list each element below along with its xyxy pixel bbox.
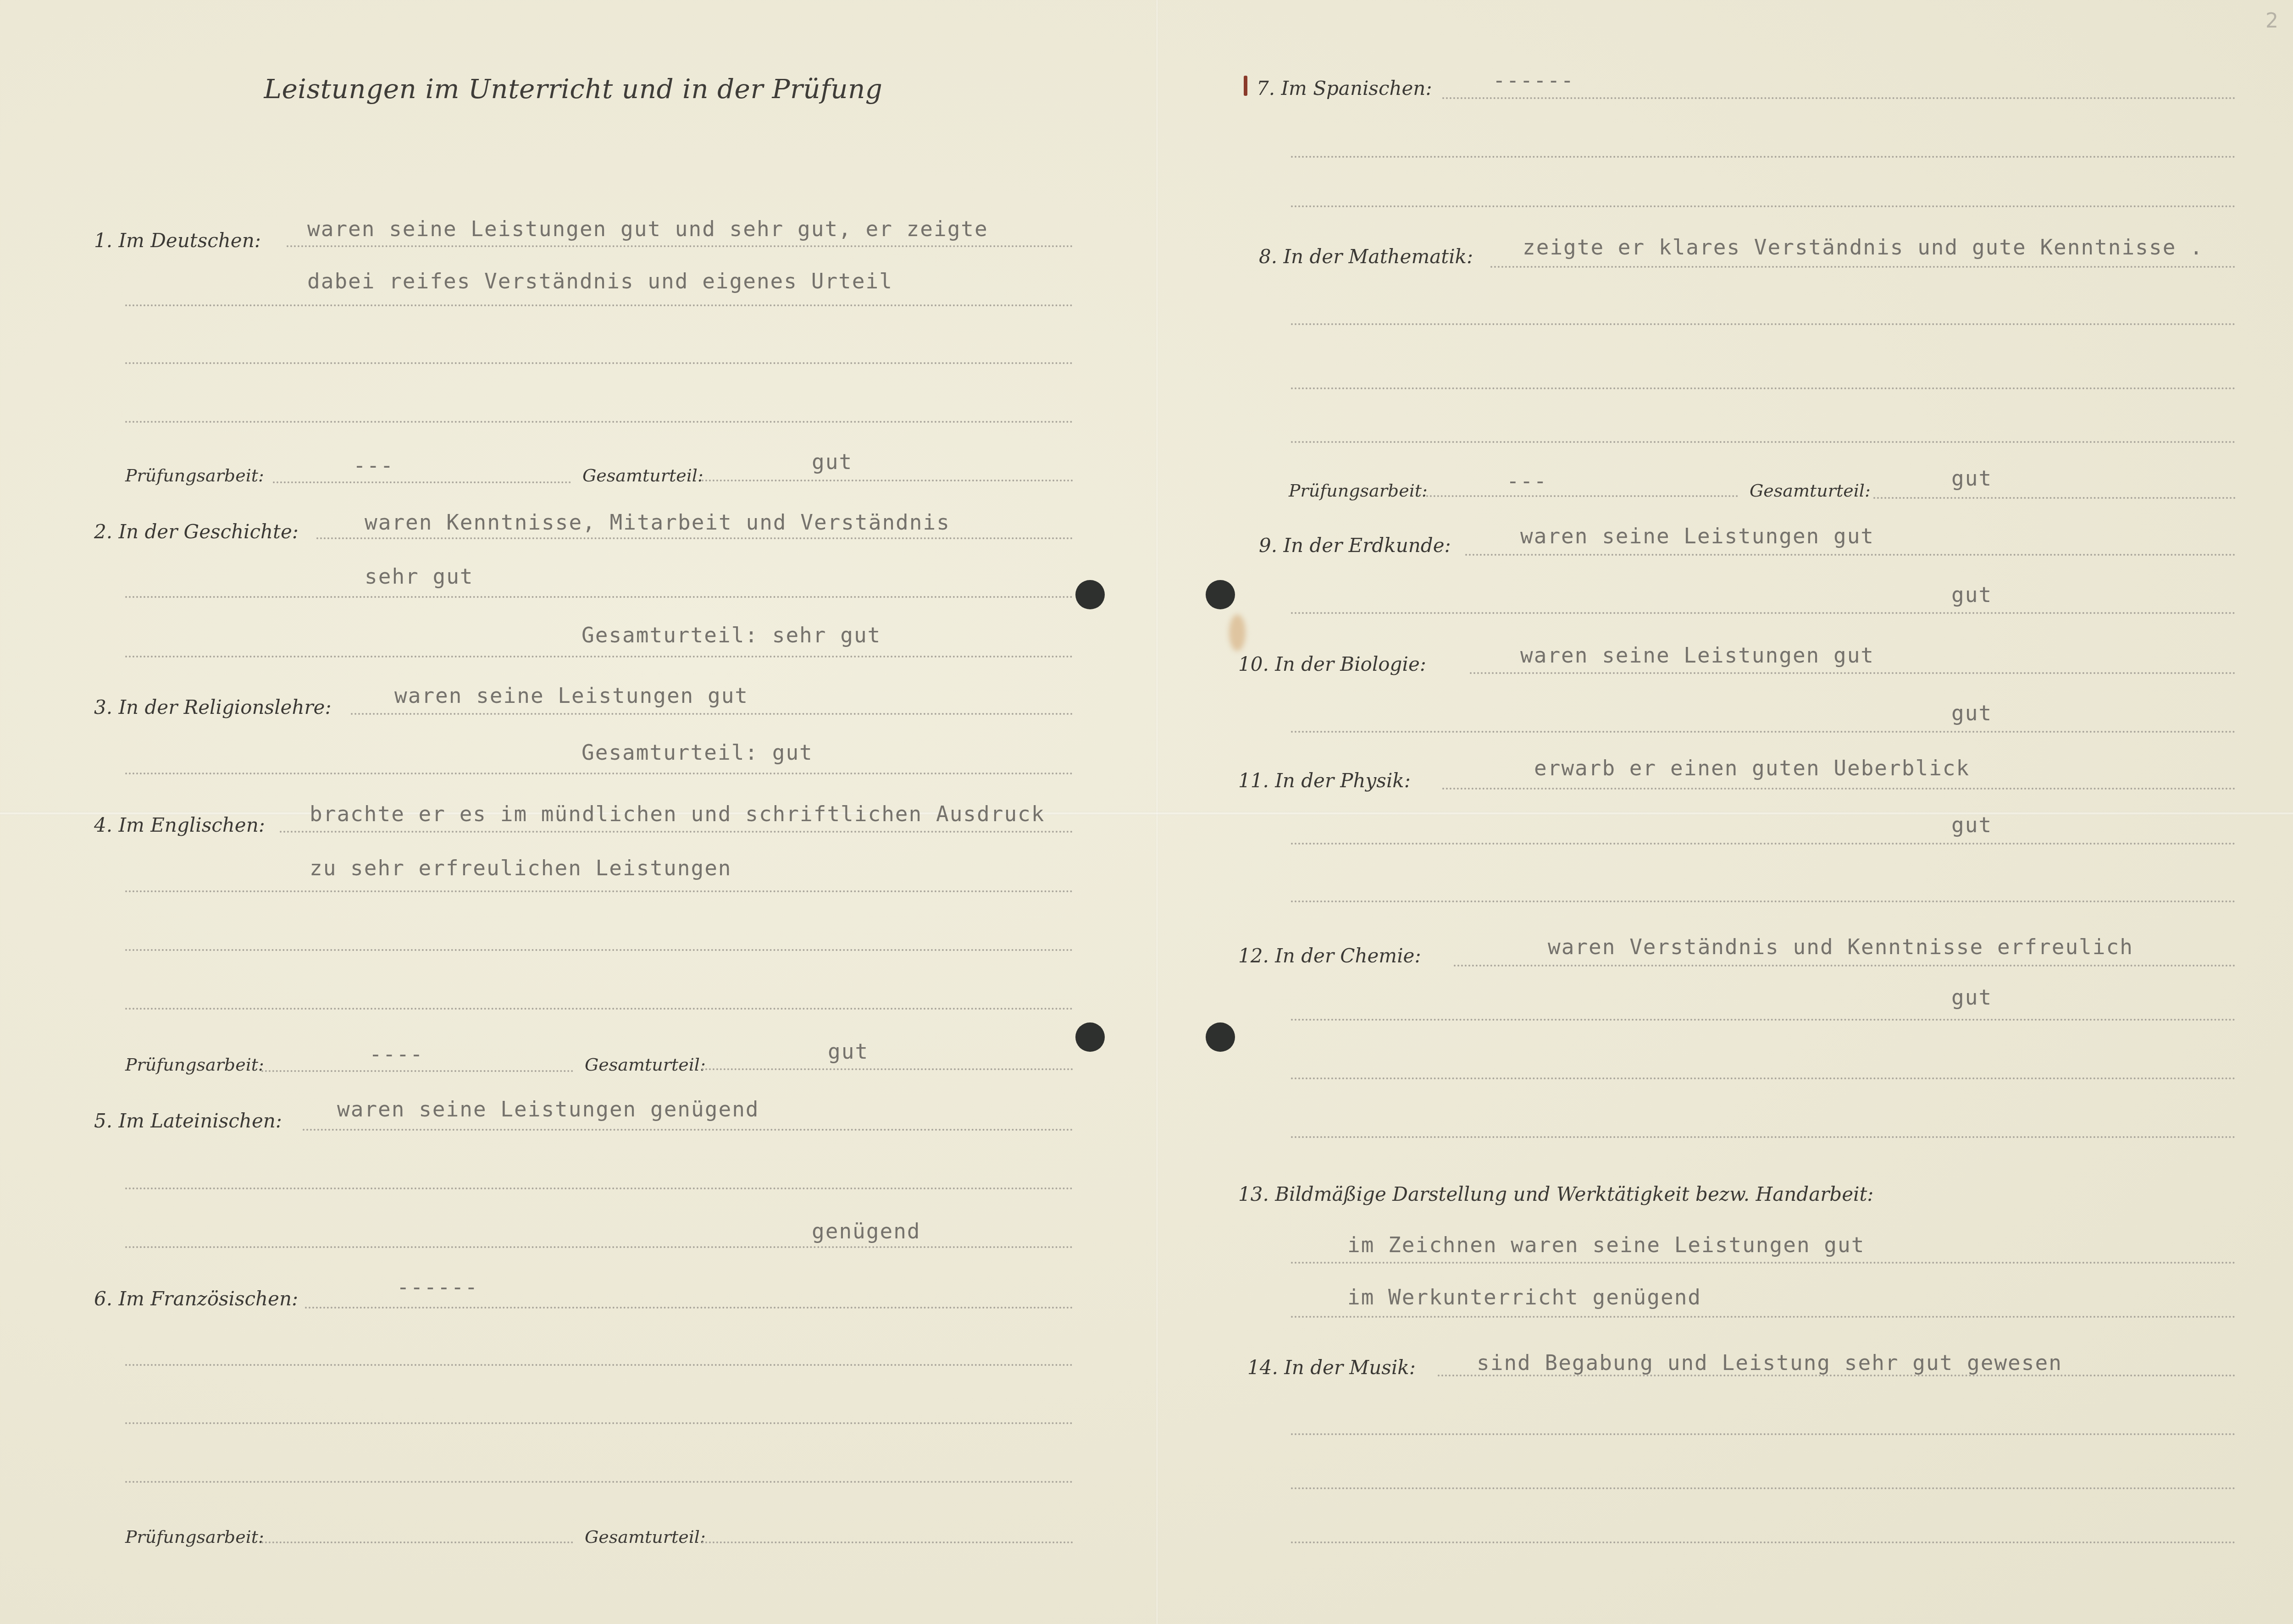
assessment-text: waren seine Leistungen gut [1520,524,1874,548]
pruefungsarbeit-value: --- [1507,469,1547,493]
pruefungsarbeit-value: ---- [369,1042,424,1066]
margin-mark [1244,76,1247,96]
entry-line [1442,97,2236,99]
subject-label: 6. Im Französischen: [94,1287,298,1310]
entry-line [125,656,1073,657]
subject-label: 5. Im Lateinischen: [94,1110,282,1132]
assessment-text: waren seine Leistungen gut [394,683,748,708]
gesamturteil-value: gut [828,1039,869,1064]
entry-line [1465,554,2236,556]
assessment-text: waren seine Leistungen genügend [337,1097,759,1121]
entry-line [1490,266,2236,268]
assessment-text: zeigte er klares Verständnis und gute Ke… [1523,235,2204,260]
entry-line [280,831,1073,833]
entry-line [125,1008,1073,1010]
gesamturteil-label: Gesamturteil: [585,1055,706,1075]
punch-hole-icon [1075,1022,1105,1052]
entry-line [702,1068,1073,1070]
entry-line [1454,965,2236,967]
entry-line [1291,156,2236,158]
subject-label: 9. In der Erdkunde: [1259,534,1451,557]
subject-label: 3. In der Religionslehre: [94,696,332,718]
entry-line [1291,1136,2236,1138]
subject-label: 14. In der Musik: [1247,1356,1416,1379]
assessment-text: Gesamturteil: gut [582,740,813,765]
pruefungsarbeit-label: Prüfungsarbeit: [125,1055,264,1075]
entry-line [1470,672,2236,674]
entry-line [125,1188,1073,1189]
entry-line [303,1129,1073,1131]
assessment-text: zu sehr erfreulichen Leistungen [310,856,732,880]
subject-label: 2. In der Geschichte: [94,520,299,543]
entry-line [125,890,1073,892]
assessment-text: gut [1951,985,1992,1010]
subject-label: 8. In der Mathematik: [1259,245,1473,268]
assessment-text: Gesamturteil: sehr gut [582,623,881,647]
entry-line [1291,1077,2236,1079]
assessment-text: waren Kenntnisse, Mitarbeit und Verständ… [365,510,950,535]
entry-line [125,304,1073,306]
entry-line [125,1246,1073,1248]
gesamturteil-label: Gesamturteil: [585,1527,706,1547]
entry-line [261,1070,573,1072]
entry-line [1291,205,2236,207]
pruefungsarbeit-value: --- [353,453,394,478]
assessment-text: waren seine Leistungen gut und sehr gut,… [307,216,988,241]
entry-line [1291,1541,2236,1543]
entry-line [702,480,1073,481]
entry-line [1442,788,2236,790]
gesamturteil-label: Gesamturteil: [582,465,703,486]
entry-line [702,1541,1073,1543]
entry-line [1291,1487,2236,1489]
rust-stain [1229,614,1246,651]
assessment-text: sehr gut [365,564,474,589]
entry-line [1291,900,2236,902]
entry-line [1291,323,2236,325]
assessment-text: im Werkunterricht genügend [1347,1285,1701,1309]
assessment-text: waren seine Leistungen gut [1520,643,1874,668]
entry-line [1291,1019,2236,1021]
assessment-text: ------ [397,1275,478,1299]
entry-line [273,481,571,483]
entry-line [125,949,1073,951]
pruefungsarbeit-label: Prüfungsarbeit: [125,1527,264,1547]
pruefungsarbeit-label: Prüfungsarbeit: [125,465,264,486]
page-number: 2 [2265,9,2278,33]
entry-line [125,1364,1073,1366]
pruefungsarbeit-label: Prüfungsarbeit: [1289,481,1428,501]
assessment-text: ------ [1493,68,1574,93]
entry-line [1291,387,2236,389]
entry-line [351,713,1073,715]
subject-label: 1. Im Deutschen: [94,229,261,252]
gesamturteil-label: Gesamturteil: [1750,481,1871,501]
punch-hole-icon [1075,580,1105,609]
entry-line [125,773,1073,774]
entry-line [305,1307,1073,1309]
subject-label: 4. Im Englischen: [94,814,265,836]
entry-line [125,596,1073,598]
assessment-text: brachte er es im mündlichen und schriftl… [310,801,1045,826]
entry-line [125,1481,1073,1483]
entry-line [125,362,1073,364]
entry-line [125,421,1073,423]
entry-line [1291,441,2236,443]
entry-line [1291,1262,2236,1264]
entry-line [1438,1375,2236,1376]
subject-label: 11. In der Physik: [1238,769,1411,792]
entry-line [1291,843,2236,845]
entry-line [125,1422,1073,1424]
subject-label: 10. In der Biologie: [1238,653,1426,675]
entry-line [316,537,1073,539]
assessment-text: gut [1951,701,1992,725]
punch-hole-icon [1206,580,1235,609]
entry-line [1291,1316,2236,1318]
entry-line [261,1541,573,1543]
entry-line [1426,495,1738,497]
gesamturteil-value: gut [812,449,853,474]
subject-label: 13. Bildmäßige Darstellung und Werktätig… [1238,1183,1874,1205]
assessment-text: erwarb er einen guten Ueberblick [1534,756,1970,780]
gesamturteil-value: gut [1951,466,1992,491]
assessment-text: im Zeichnen waren seine Leistungen gut [1347,1232,1865,1257]
entry-line [1291,731,2236,733]
assessment-text: sind Begabung und Leistung sehr gut gewe… [1477,1350,2062,1375]
punch-hole-icon [1206,1022,1235,1052]
assessment-text: waren Verständnis und Kenntnisse erfreul… [1548,934,2133,959]
subject-label: 12. In der Chemie: [1238,945,1421,967]
subject-label: 7. Im Spanischen: [1257,77,1432,99]
page-title: Leistungen im Unterricht und in der Prüf… [0,73,1146,105]
assessment-text: gut [1951,812,1992,837]
assessment-text: gut [1951,582,1992,607]
assessment-text: genügend [812,1219,921,1243]
entry-line [1291,1433,2236,1435]
assessment-text: dabei reifes Verständnis und eigenes Urt… [307,269,893,293]
entry-line [287,245,1073,247]
entry-line [1873,497,2236,499]
entry-line [1291,612,2236,614]
